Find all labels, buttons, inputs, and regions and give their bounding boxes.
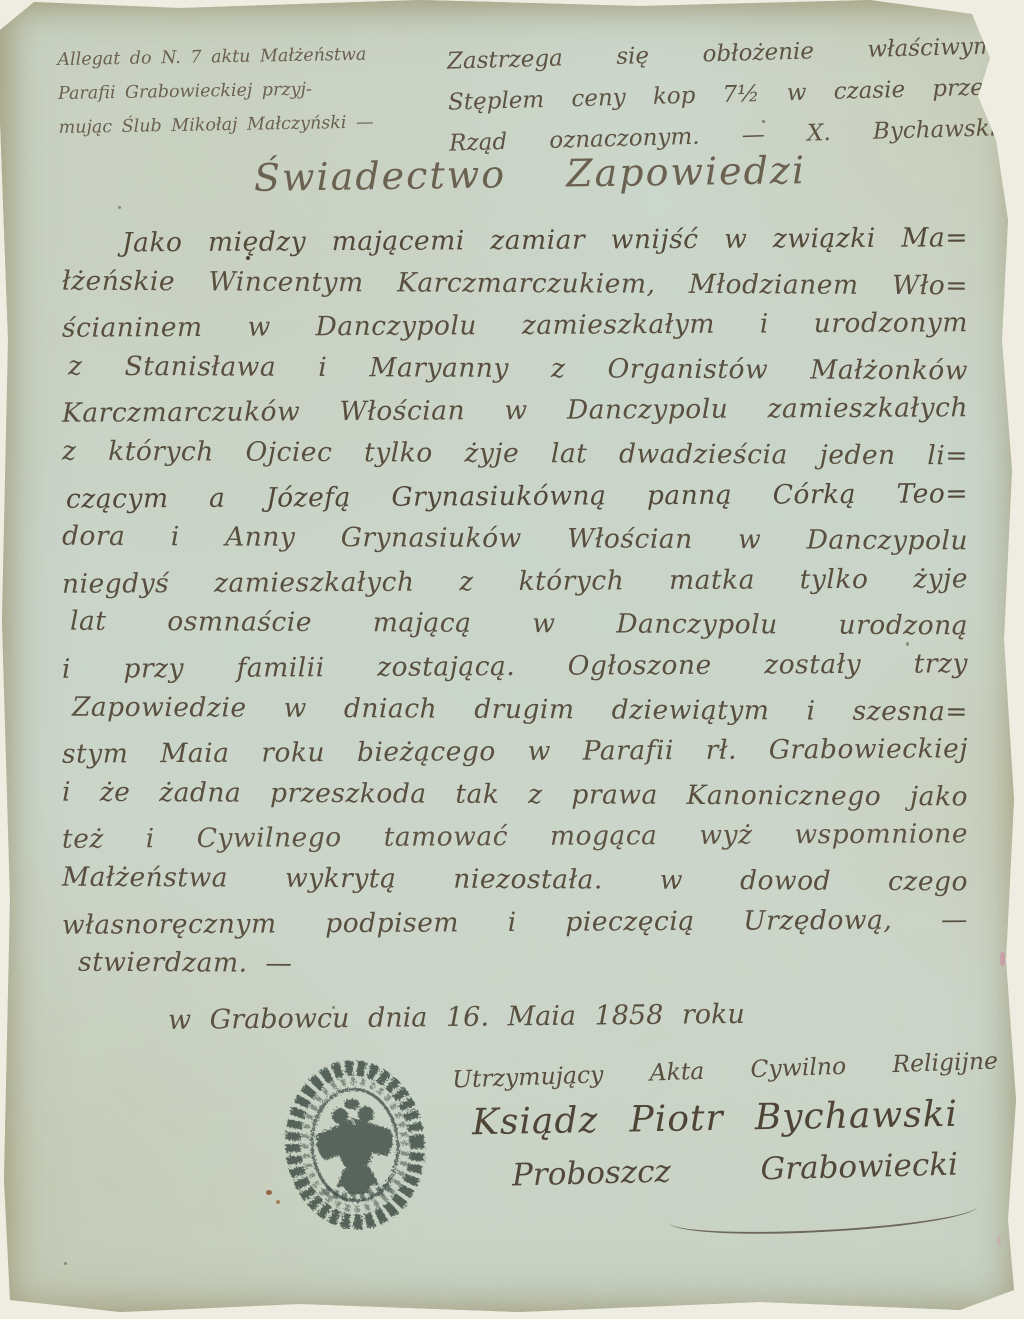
body-line: i że żadna przeszkoda tak z prawa Kanoni… [62,771,968,818]
ink-speck [906,642,909,646]
body-line: ścianinem w Danczypolu zamieszkałym i ur… [62,302,968,350]
dateline: w Grabowcu dnia 16. Maia 1858 roku [168,999,728,1036]
rust-stain [276,1200,280,1204]
document-body: Jako między mającemi zamiar wnijść w zwi… [62,220,968,987]
annotation-line: mując Ślub Mikołaj Małczyński — [58,105,407,145]
body-line: łżeńskie Wincentym Karczmarczukiem, Młod… [62,260,968,307]
annotation-line: Allegat do N. 7 aktu Małżeństwa [57,37,406,77]
body-line: niegdyś zamieszkałych z których matka ty… [62,558,968,606]
ink-speck [332,1006,335,1009]
document-scan: Allegat do N. 7 aktu Małżeństwa Parafii … [0,0,1024,1319]
body-line: Jako między mającemi zamiar wnijść w zwi… [62,217,968,265]
body-line: też i Cywilnego tamować mogąca wyż wspom… [62,814,968,862]
ink-speck [246,256,250,260]
rust-stain [266,1190,272,1195]
body-line: lat osmnaście mającą w Danczypolu urodzo… [70,601,968,648]
body-line: własnoręcznym podpisem i pieczęcią Urzęd… [62,899,968,947]
body-line: stym Maia roku bieżącego w Parafii rł. G… [62,728,968,776]
record-keeper-line: Utrzymujący Akta Cywilno Religijne [452,1046,999,1093]
body-line: dora i Anny Grynasiuków Włościan w Dancz… [62,516,968,563]
ink-speck [64,1262,67,1265]
pink-smudge [997,1236,1001,1245]
stamp-duty-annotation: Zastrzega się obłożenie właściwym Stęple… [446,26,997,164]
registry-annotation: Allegat do N. 7 aktu Małżeństwa Parafii … [57,37,407,145]
body-line: z Stanisława i Maryanny z Organistów Mał… [68,345,968,392]
official-seal-eagle-icon [278,1055,432,1234]
ink-speck [118,206,121,209]
document-title: Świadectwo Zapowiedzi [180,147,881,201]
body-line: Karczmarczuków Włościan w Danczypolu zam… [62,388,968,436]
signature-flourish [667,1188,978,1240]
ink-speck [762,120,765,123]
pink-smudge [1000,952,1005,966]
body-line: z których Ojciec tylko żyje lat dwadzieś… [62,431,968,478]
body-line: Małżeństwa wykrytą niezostała. w dowod c… [62,857,968,904]
body-line: Zapowiedzie w dniach drugim dziewiątym i… [72,686,968,733]
signature-name: Ksiądz Piotr Bychawski [472,1094,959,1143]
signature-title: Proboszcz Grabowiecki [512,1147,959,1194]
body-line: stwierdzam. — [62,942,968,989]
body-line: i przy familii zostającą. Ogłoszone zost… [62,643,968,691]
body-line: czącym a Józefą Grynasiukówną panną Córk… [66,473,968,521]
